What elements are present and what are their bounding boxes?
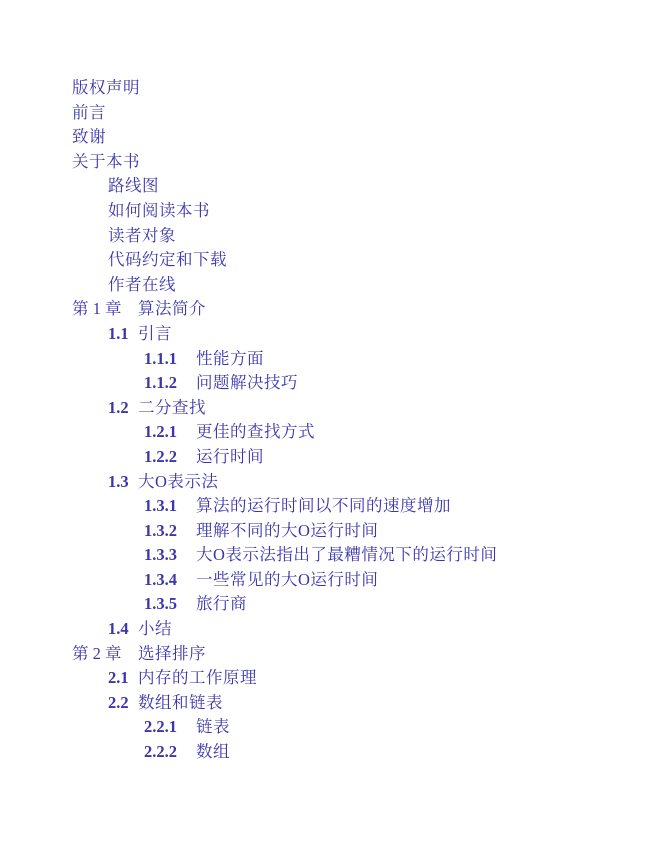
toc-entry[interactable]: 1.2.1 更佳的查找方式 xyxy=(72,420,640,445)
toc-entry-title: 小结 xyxy=(138,617,172,642)
toc-entry[interactable]: 2.1 内存的工作原理 xyxy=(72,666,640,691)
toc-entry-title: 内存的工作原理 xyxy=(138,666,257,691)
toc-entry-title: 代码约定和下载 xyxy=(108,248,227,273)
toc-entry-title: 更佳的查找方式 xyxy=(196,420,315,445)
toc-entry[interactable]: 1.1.1 性能方面 xyxy=(72,347,640,372)
toc-entry-title: 引言 xyxy=(138,322,172,347)
toc-entry-number: 1.4 xyxy=(108,617,138,642)
toc-entry-title: 大O表示法指出了最糟情况下的运行时间 xyxy=(196,543,497,568)
document-page: 版权声明 前言 致谢 关于本书 路线图 如何阅读本书 读者对象 代码约定和下载 … xyxy=(0,0,660,857)
toc-entry[interactable]: 2.2 数组和链表 xyxy=(72,691,640,716)
toc-entry[interactable]: 2.2.2 数组 xyxy=(72,740,640,765)
toc-entry-title: 链表 xyxy=(196,715,230,740)
toc-entry-number: 1.2.2 xyxy=(144,445,196,470)
toc-entry[interactable]: 作者在线 xyxy=(72,273,640,298)
toc-entry-number: 1.3 xyxy=(108,470,138,495)
toc-entry-number: 1.3.3 xyxy=(144,543,196,568)
toc-entry-title: 读者对象 xyxy=(108,224,176,249)
toc-entry-title: 二分查找 xyxy=(138,396,206,421)
toc-entry[interactable]: 第 1 章 算法简介 xyxy=(72,297,640,322)
toc-entry-title: 问题解决技巧 xyxy=(196,371,298,396)
toc-entry[interactable]: 代码约定和下载 xyxy=(72,248,640,273)
toc-entry-title: 关于本书 xyxy=(72,150,140,175)
toc-entry-title: 数组和链表 xyxy=(138,691,223,716)
toc-entry-title: 理解不同的大O运行时间 xyxy=(196,519,378,544)
toc-entry-title: 数组 xyxy=(196,740,230,765)
toc-entry-number: 2.2 xyxy=(108,691,138,716)
toc-entry-title: 运行时间 xyxy=(196,445,264,470)
toc-entry[interactable]: 致谢 xyxy=(72,125,640,150)
toc-entry-number: 1.3.5 xyxy=(144,592,196,617)
toc-entry[interactable]: 1.3.2 理解不同的大O运行时间 xyxy=(72,519,640,544)
toc-entry[interactable]: 如何阅读本书 xyxy=(72,199,640,224)
toc-entry[interactable]: 版权声明 xyxy=(72,76,640,101)
toc-entry-title: 前言 xyxy=(72,101,106,126)
toc-entry[interactable]: 1.3.1 算法的运行时间以不同的速度增加 xyxy=(72,494,640,519)
toc-entry[interactable]: 1.1.2 问题解决技巧 xyxy=(72,371,640,396)
toc-entry-title: 作者在线 xyxy=(108,273,176,298)
toc-entry-title: 算法的运行时间以不同的速度增加 xyxy=(196,494,451,519)
toc-entry-title: 如何阅读本书 xyxy=(108,199,210,224)
toc-entry[interactable]: 第 2 章 选择排序 xyxy=(72,642,640,667)
toc-entry[interactable]: 1.2 二分查找 xyxy=(72,396,640,421)
toc-entry[interactable]: 1.3.5 旅行商 xyxy=(72,592,640,617)
table-of-contents: 版权声明 前言 致谢 关于本书 路线图 如何阅读本书 读者对象 代码约定和下载 … xyxy=(72,76,640,765)
toc-entry-number: 1.2 xyxy=(108,396,138,421)
toc-entry-title: 一些常见的大O运行时间 xyxy=(196,568,378,593)
toc-entry-number: 1.3.2 xyxy=(144,519,196,544)
toc-entry-title: 旅行商 xyxy=(196,592,247,617)
toc-entry[interactable]: 关于本书 xyxy=(72,150,640,175)
toc-entry-number: 1.2.1 xyxy=(144,420,196,445)
toc-entry-title: 路线图 xyxy=(108,174,159,199)
toc-entry[interactable]: 1.3.4 一些常见的大O运行时间 xyxy=(72,568,640,593)
toc-entry[interactable]: 前言 xyxy=(72,101,640,126)
toc-entry-title: 致谢 xyxy=(72,125,106,150)
toc-entry-number: 1.3.4 xyxy=(144,568,196,593)
toc-entry-number: 2.1 xyxy=(108,666,138,691)
toc-entry[interactable]: 2.2.1 链表 xyxy=(72,715,640,740)
toc-entry[interactable]: 路线图 xyxy=(72,174,640,199)
toc-entry-title: 选择排序 xyxy=(138,642,206,667)
toc-entry-title: 性能方面 xyxy=(196,347,264,372)
toc-entry-number: 2.2.1 xyxy=(144,715,196,740)
toc-entry-title: 大O表示法 xyxy=(138,470,218,495)
toc-entry[interactable]: 1.1 引言 xyxy=(72,322,640,347)
toc-entry-title: 算法简介 xyxy=(138,297,206,322)
toc-entry[interactable]: 1.3 大O表示法 xyxy=(72,470,640,495)
toc-entry[interactable]: 1.2.2 运行时间 xyxy=(72,445,640,470)
toc-entry-number: 2.2.2 xyxy=(144,740,196,765)
toc-entry[interactable]: 1.3.3 大O表示法指出了最糟情况下的运行时间 xyxy=(72,543,640,568)
toc-entry-number: 第 1 章 xyxy=(72,297,138,322)
toc-entry-number: 1.1.2 xyxy=(144,371,196,396)
toc-entry-number: 第 2 章 xyxy=(72,642,138,667)
toc-entry-number: 1.1.1 xyxy=(144,347,196,372)
toc-entry-title: 版权声明 xyxy=(72,76,140,101)
toc-entry[interactable]: 读者对象 xyxy=(72,224,640,249)
toc-entry[interactable]: 1.4 小结 xyxy=(72,617,640,642)
toc-entry-number: 1.3.1 xyxy=(144,494,196,519)
toc-entry-number: 1.1 xyxy=(108,322,138,347)
